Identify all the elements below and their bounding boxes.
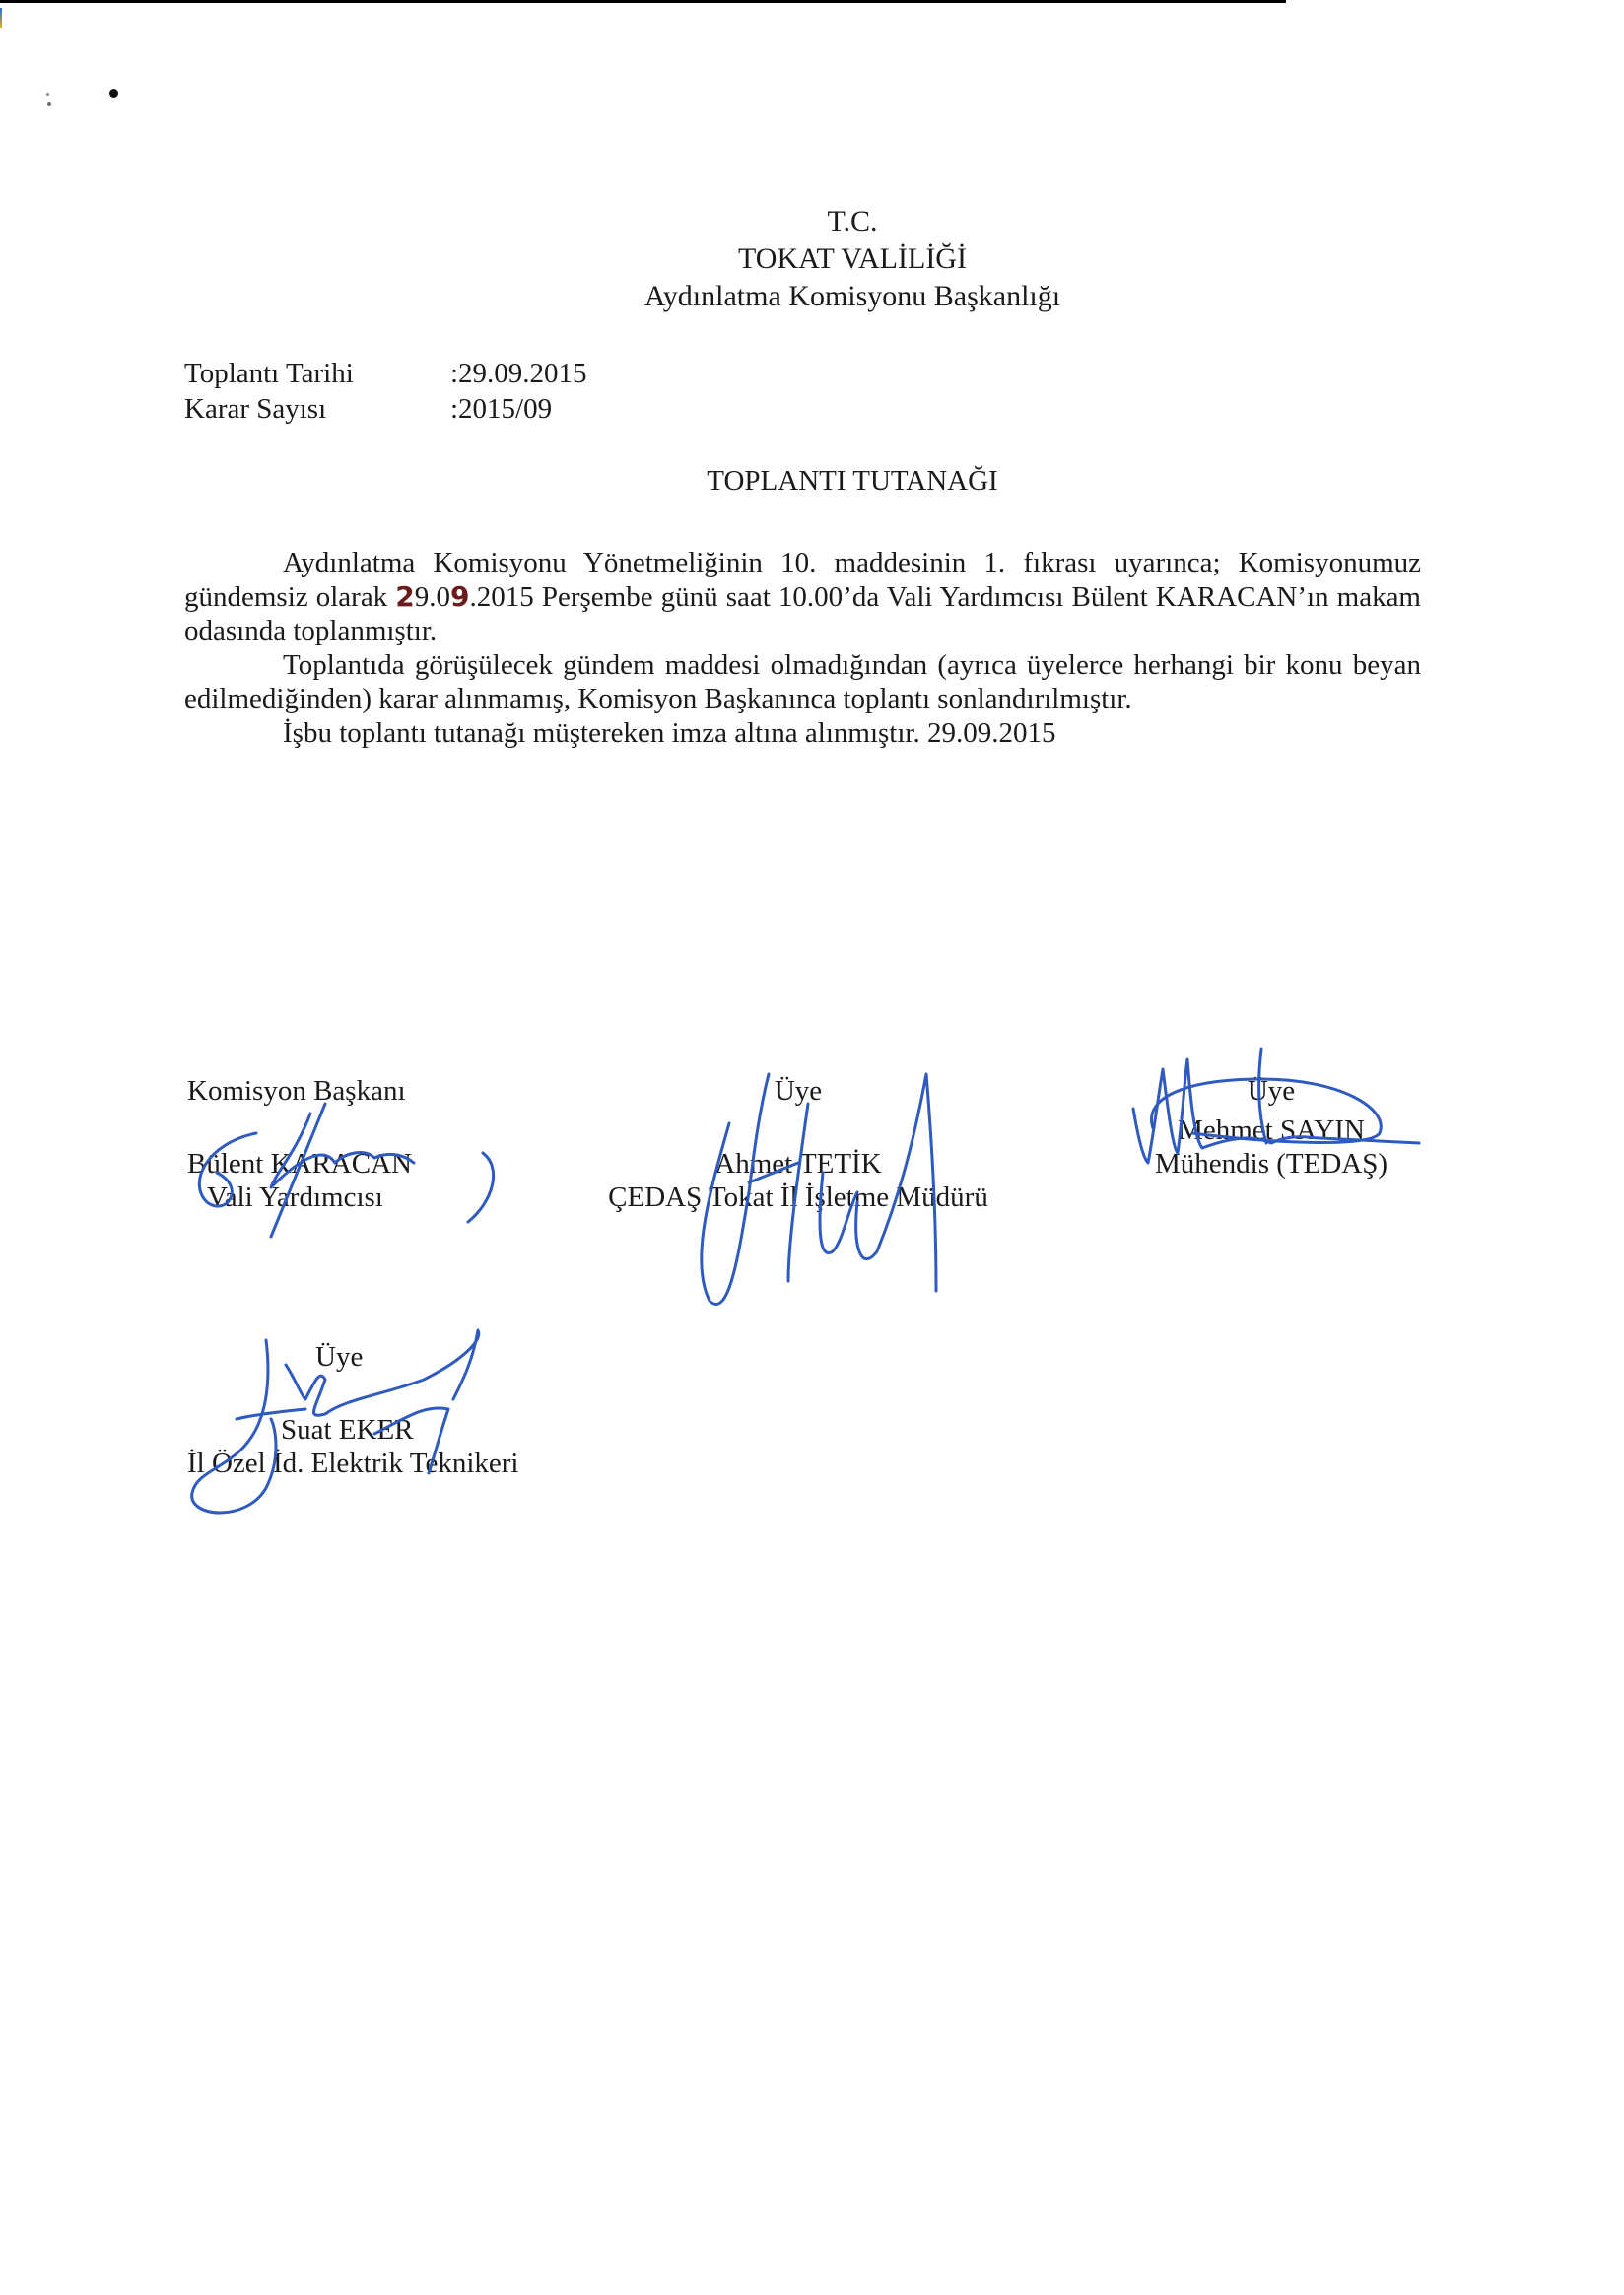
header-tc: T.C. xyxy=(552,203,1153,240)
paragraph-2: Toplantıda görüşülecek gündem maddesi ol… xyxy=(184,648,1421,716)
handwritten-correction: 2 xyxy=(395,580,414,613)
paragraph-3: İşbu toplantı tutanağı müştereken imza a… xyxy=(184,716,1421,751)
scan-speck xyxy=(46,93,49,96)
meeting-date-value: :29.09.2015 xyxy=(450,358,587,389)
document-title: TOPLANTI TUTANAĞI xyxy=(552,465,1153,498)
signatory-name: Bülent KARACAN xyxy=(187,1147,412,1181)
signatory-member-2: Üye Mehmet SAYIN Mühendis (TEDAŞ) xyxy=(1133,1074,1409,1181)
signatory-chair: Komisyon Başkanı Bülent KARACAN Vali Yar… xyxy=(187,1074,412,1214)
signatory-title: Mühendis (TEDAŞ) xyxy=(1133,1147,1409,1181)
paragraph-1: Aydınlatma Komisyonu Yönetmeliğinin 10. … xyxy=(184,546,1421,648)
handwritten-correction: 9 xyxy=(450,580,469,613)
signatory-title: İl Özel İd. Elektrik Teknikeri xyxy=(187,1447,518,1480)
document-body: Aydınlatma Komisyonu Yönetmeliğinin 10. … xyxy=(184,546,1421,750)
scan-speck xyxy=(47,102,51,106)
meeting-date-row: Toplantı Tarihi:29.09.2015 xyxy=(184,357,587,390)
header-department: Aydınlatma Komisyonu Başkanlığı xyxy=(552,278,1153,315)
signatory-role: Üye xyxy=(562,1074,1035,1108)
header-institution: TOKAT VALİLİĞİ xyxy=(552,240,1153,278)
signatory-role: Üye xyxy=(187,1340,518,1374)
signatory-name: Ahmet TETİK xyxy=(562,1147,1035,1181)
signatory-name: Mehmet SAYIN xyxy=(1133,1114,1409,1147)
signatory-member-3: Üye Suat EKER İl Özel İd. Elektrik Tekni… xyxy=(187,1340,518,1480)
decision-number-value: :2015/09 xyxy=(450,393,552,425)
signatory-role: Komisyon Başkanı xyxy=(187,1074,412,1108)
document-header: T.C. TOKAT VALİLİĞİ Aydınlatma Komisyonu… xyxy=(552,203,1153,315)
paragraph-1-date-mid: 9.0 xyxy=(415,581,450,613)
decision-number-row: Karar Sayısı:2015/09 xyxy=(184,392,552,426)
meeting-date-label: Toplantı Tarihi xyxy=(184,357,450,390)
signatory-member-1: Üye Ahmet TETİK ÇEDAŞ Tokat İl İşletme M… xyxy=(562,1074,1035,1214)
decision-number-label: Karar Sayısı xyxy=(184,392,450,426)
scan-border-top xyxy=(0,0,1286,3)
scan-border-left xyxy=(0,8,2,28)
signatory-role: Üye xyxy=(1133,1074,1409,1108)
signatory-name: Suat EKER xyxy=(187,1413,518,1447)
signatory-title: Vali Yardımcısı xyxy=(187,1181,412,1214)
signatory-title: ÇEDAŞ Tokat İl İşletme Müdürü xyxy=(562,1181,1035,1214)
scan-speck xyxy=(109,89,118,98)
